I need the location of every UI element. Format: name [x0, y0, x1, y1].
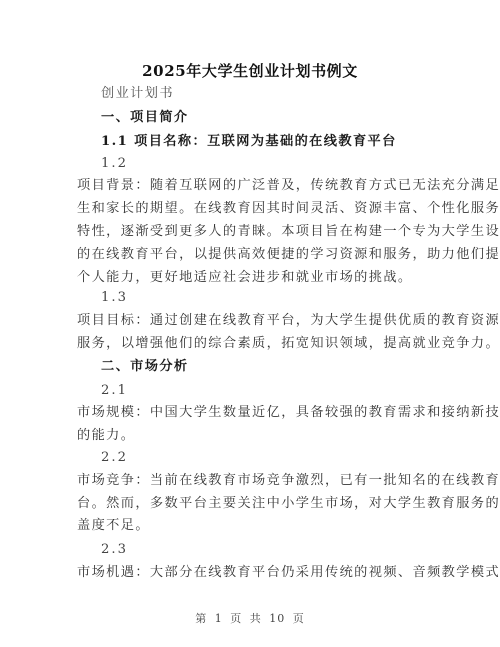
item-1-2-number: 1.2 — [101, 156, 128, 172]
paragraph-line: 盖度不足。 — [77, 518, 150, 534]
item-2-2-number: 2.2 — [101, 450, 128, 466]
document-page: 2025年大学生创业计划书例文 创业计划书 一、项目简介 1.1 项目名称：互联… — [0, 0, 500, 647]
paragraph-line: 生和家长的期望。在线教育因其时间灵活、资源丰富、个性化服务等 — [77, 201, 500, 217]
document-title: 2025年大学生创业计划书例文 — [0, 60, 500, 81]
paragraph-line: 特性，逐渐受到更多人的青睐。本项目旨在构建一个专为大学生设计 — [77, 224, 500, 240]
paragraph-line: 项目背景：随着互联网的广泛普及，传统教育方式已无法充分满足学 — [77, 178, 500, 194]
paragraph-line: 服务，以增强他们的综合素质，拓宽知识领域，提高就业竞争力。 — [77, 336, 500, 352]
paragraph-line: 个人能力，更好地适应社会进步和就业市场的挑战。 — [77, 270, 413, 286]
paragraph-line: 市场规模：中国大学生数量近亿，具备较强的教育需求和接纳新技术 — [77, 405, 500, 421]
section-heading-1: 一、项目简介 — [101, 110, 189, 126]
item-1-1-heading: 1.1 项目名称：互联网为基础的在线教育平台 — [101, 134, 397, 150]
paragraph-line: 市场机遇：大部分在线教育平台仍采用传统的视频、音频教学模式， — [77, 565, 500, 581]
item-2-1-number: 2.1 — [101, 383, 128, 399]
document-subtitle: 创业计划书 — [101, 86, 174, 102]
paragraph-line: 项目目标：通过创建在线教育平台，为大学生提供优质的教育资源和 — [77, 313, 500, 329]
paragraph-line: 的能力。 — [77, 428, 135, 444]
paragraph-line: 的在线教育平台，以提供高效便捷的学习资源和服务，助力他们提升 — [77, 247, 500, 263]
paragraph-line: 市场竞争：当前在线教育市场竞争激烈，已有一批知名的在线教育平 — [77, 473, 500, 489]
paragraph-line: 台。然而，多数平台主要关注中小学生市场，对大学生教育服务的覆 — [77, 496, 500, 512]
item-1-3-number: 1.3 — [101, 290, 128, 306]
page-footer: 第 1 页 共 10 页 — [0, 610, 500, 626]
item-2-3-number: 2.3 — [101, 542, 128, 558]
section-heading-2: 二、市场分析 — [101, 359, 189, 375]
